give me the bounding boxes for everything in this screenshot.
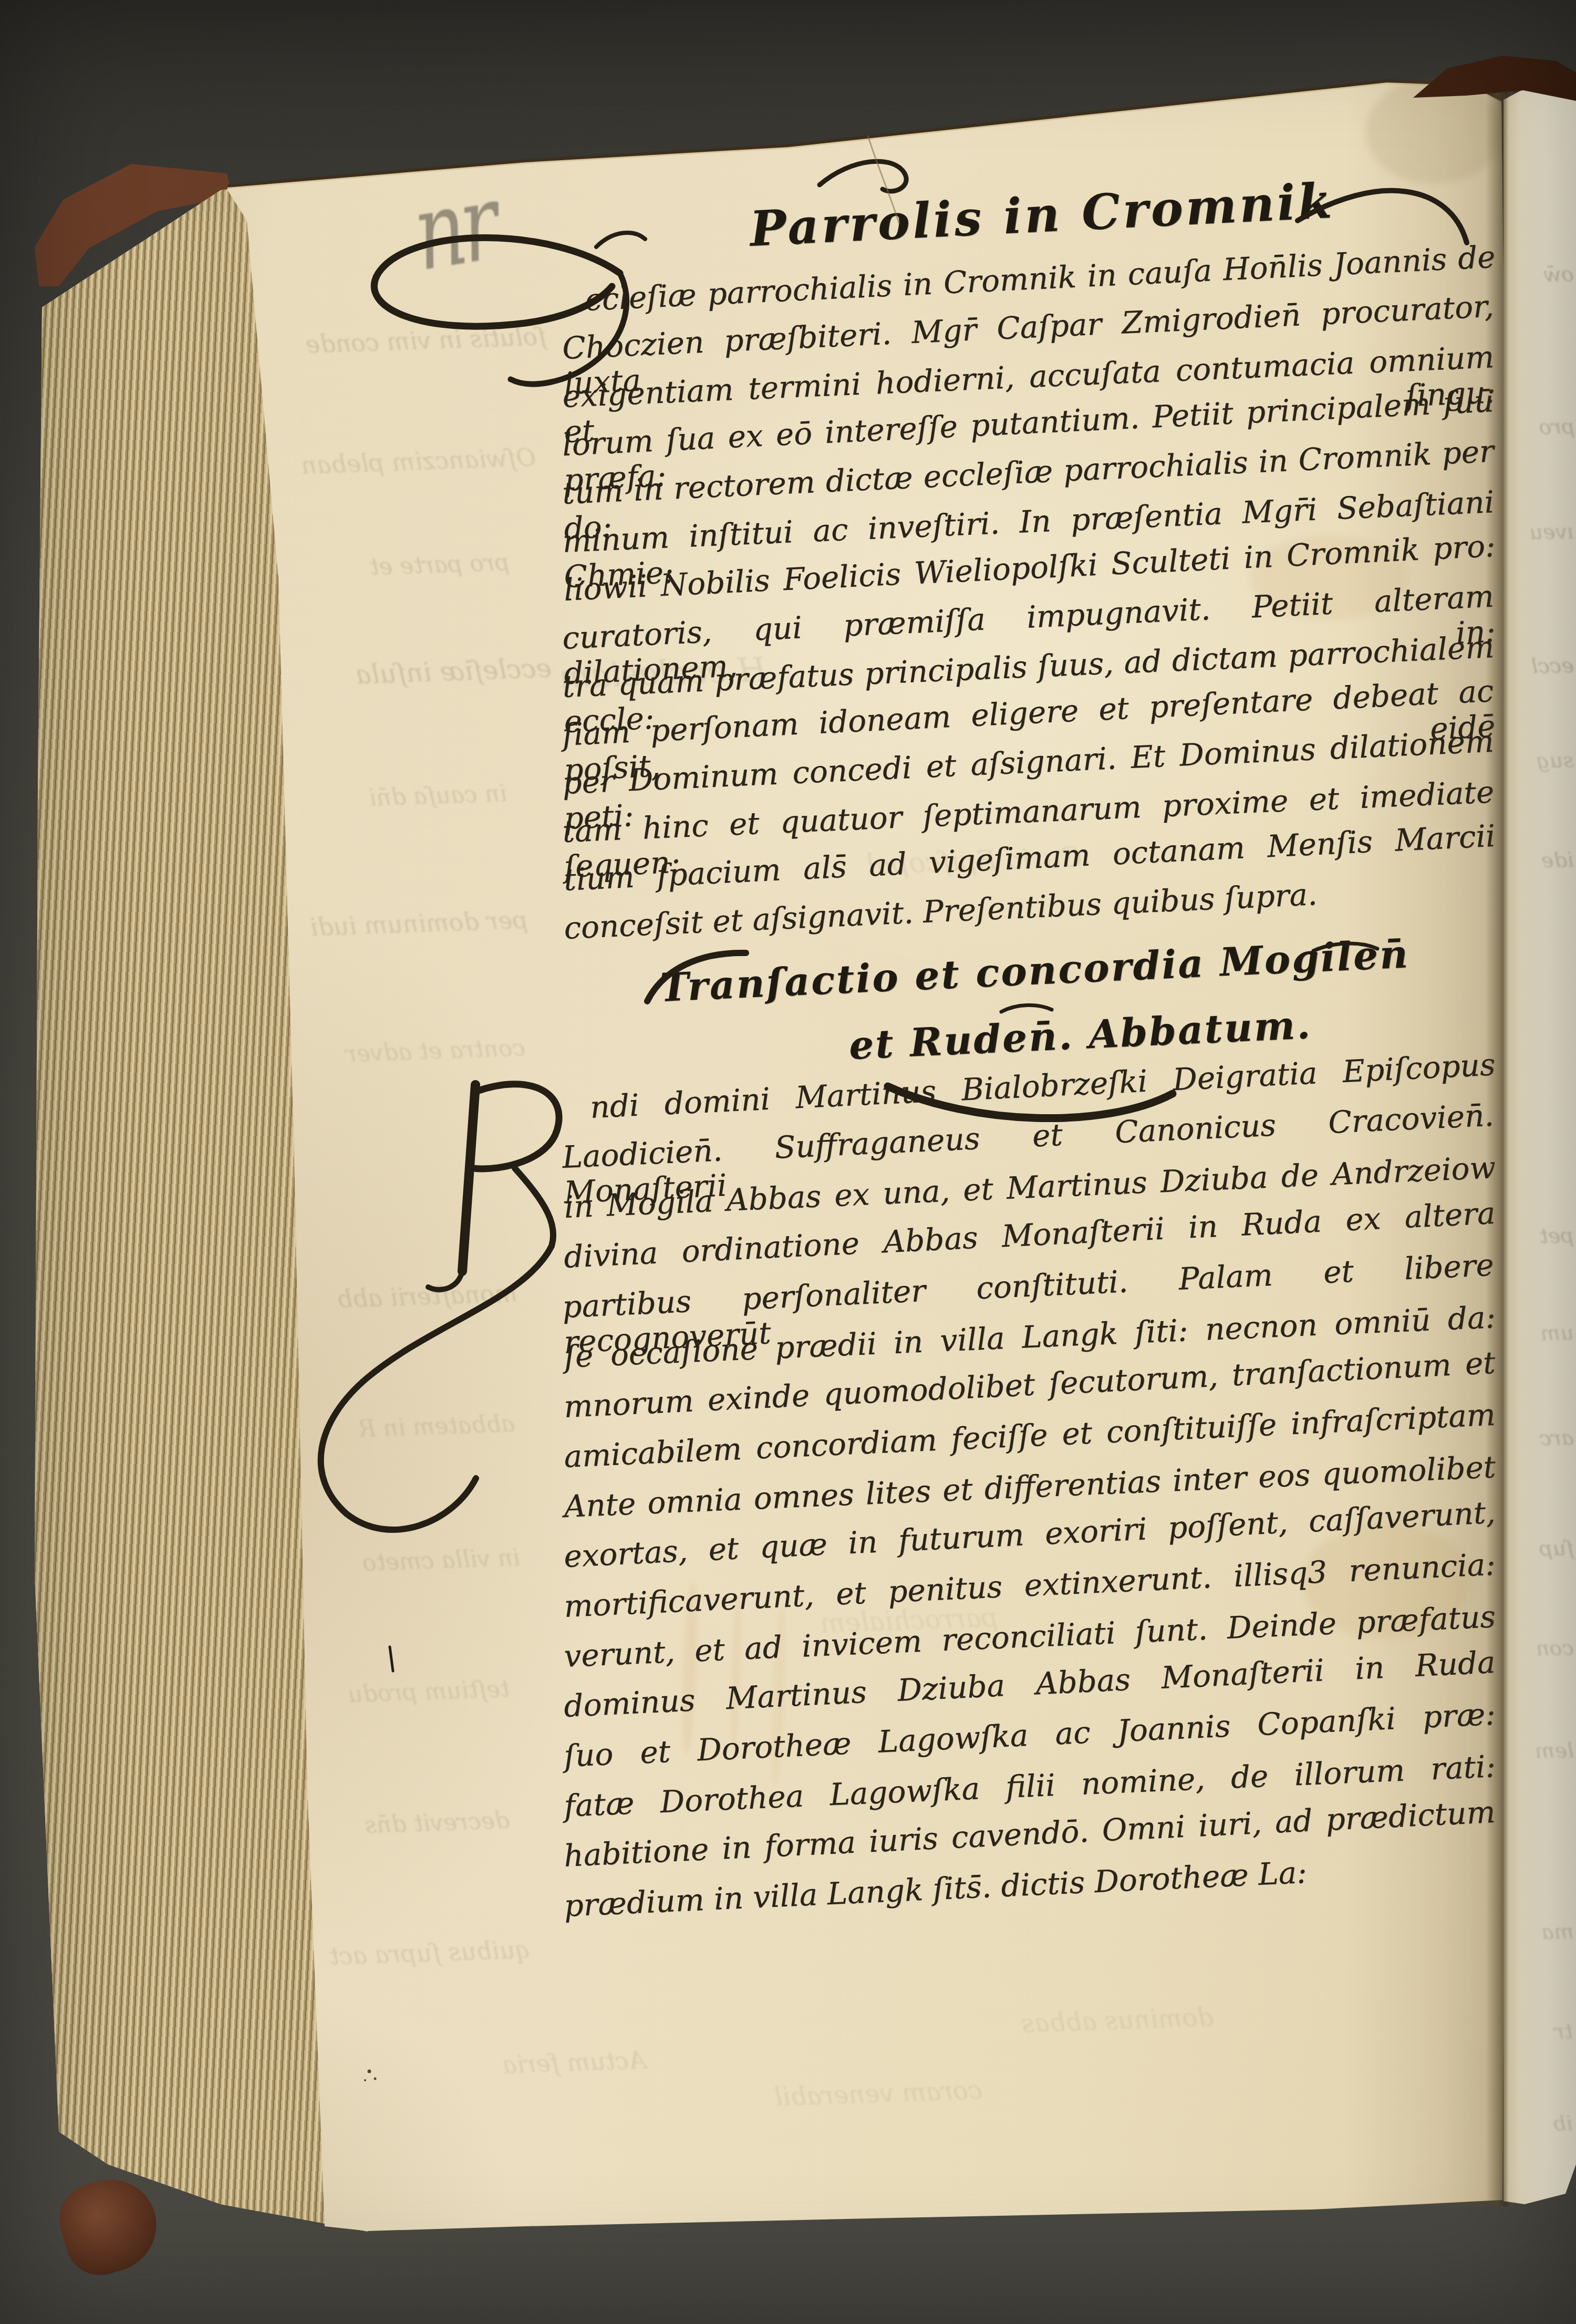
photo-vignette: [0, 0, 1576, 2324]
manuscript-photo: ſolutis in vim condeOſwianczim plebanpro…: [0, 0, 1576, 2324]
